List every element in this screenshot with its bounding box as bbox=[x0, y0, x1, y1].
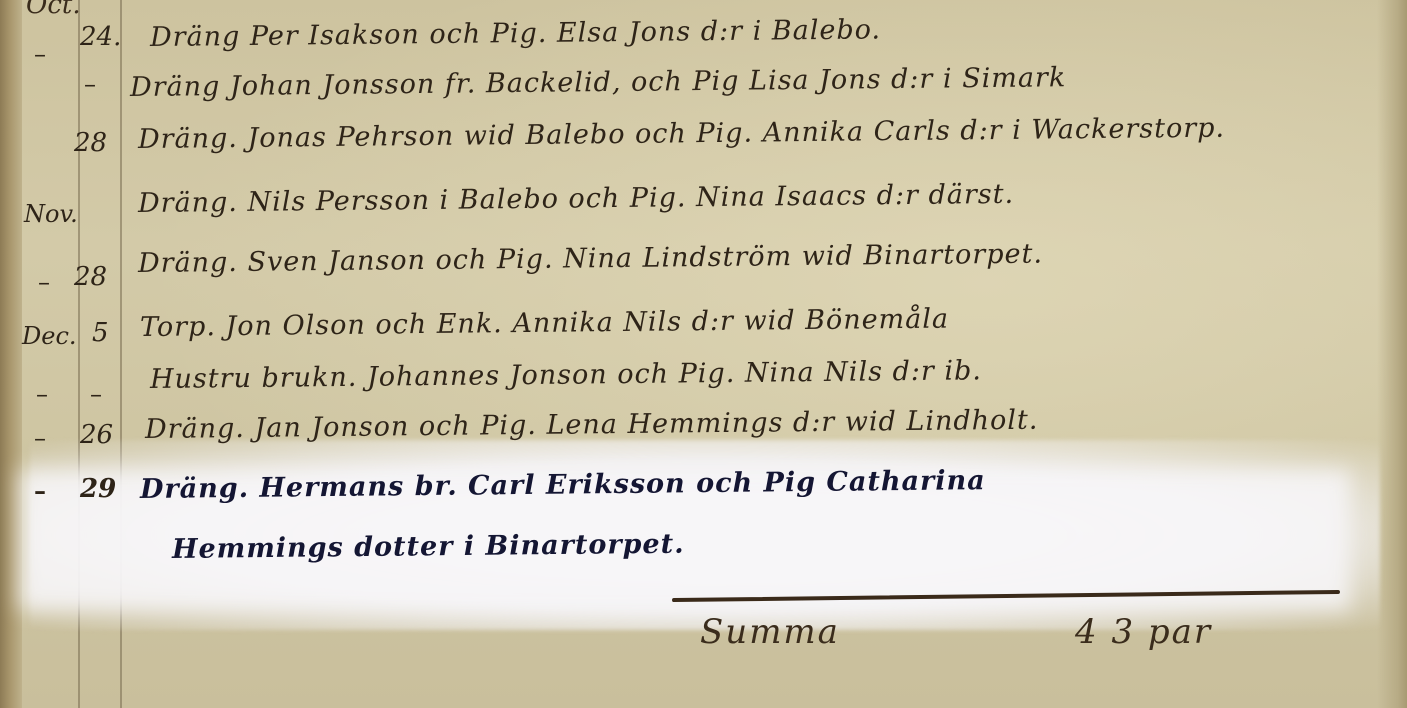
entry-text: Hustru brukn. Johannes Jonson och Pig. N… bbox=[150, 355, 982, 395]
entry-text: Dräng. Sven Janson och Pig. Nina Lindstr… bbox=[138, 239, 1043, 279]
entry-text: Dräng Per Isakson och Pig. Elsa Jons d:r… bbox=[150, 14, 881, 53]
entry-day: 24. bbox=[80, 22, 121, 52]
total-value: 4 3 par bbox=[1075, 612, 1212, 652]
ditto-dash: – bbox=[36, 380, 48, 408]
top-fragment: Oct. bbox=[26, 0, 81, 20]
ditto-dash: – bbox=[34, 40, 46, 68]
entry-month: Nov. bbox=[24, 200, 78, 228]
entry-day: 29 bbox=[80, 474, 116, 504]
entry-day: – bbox=[84, 70, 96, 98]
entry-text: Dräng. Jan Jonson och Pig. Lena Hemmings… bbox=[145, 405, 1039, 445]
entry-day: 28 bbox=[74, 128, 107, 158]
entry-text: Torp. Jon Olson och Enk. Annika Nils d:r… bbox=[140, 304, 949, 343]
entry-day: – bbox=[90, 380, 102, 408]
entry-month: Dec. bbox=[22, 322, 77, 350]
page-binding-edge bbox=[0, 0, 22, 708]
ditto-dash: – bbox=[38, 268, 50, 296]
entry-text: Dräng. Nils Persson i Balebo och Pig. Ni… bbox=[138, 179, 1014, 219]
ditto-dash: – bbox=[34, 476, 46, 505]
entry-day: 5 bbox=[92, 318, 109, 348]
page-right-edge bbox=[1377, 0, 1407, 708]
entry-text-continuation: Hemmings dotter i Binartorpet. bbox=[172, 529, 685, 565]
total-label: Summa bbox=[700, 612, 840, 652]
register-page: Oct. 24. Dräng Per Isakson och Pig. Elsa… bbox=[0, 0, 1407, 708]
entry-day: 26 bbox=[80, 420, 113, 450]
entry-text: Dräng Johan Jonsson fr. Backelid, och Pi… bbox=[130, 62, 1067, 103]
ditto-dash: – bbox=[34, 424, 46, 452]
entry-text: Dräng. Jonas Pehrson wid Balebo och Pig.… bbox=[138, 113, 1225, 155]
entry-day: 28 bbox=[74, 262, 107, 292]
